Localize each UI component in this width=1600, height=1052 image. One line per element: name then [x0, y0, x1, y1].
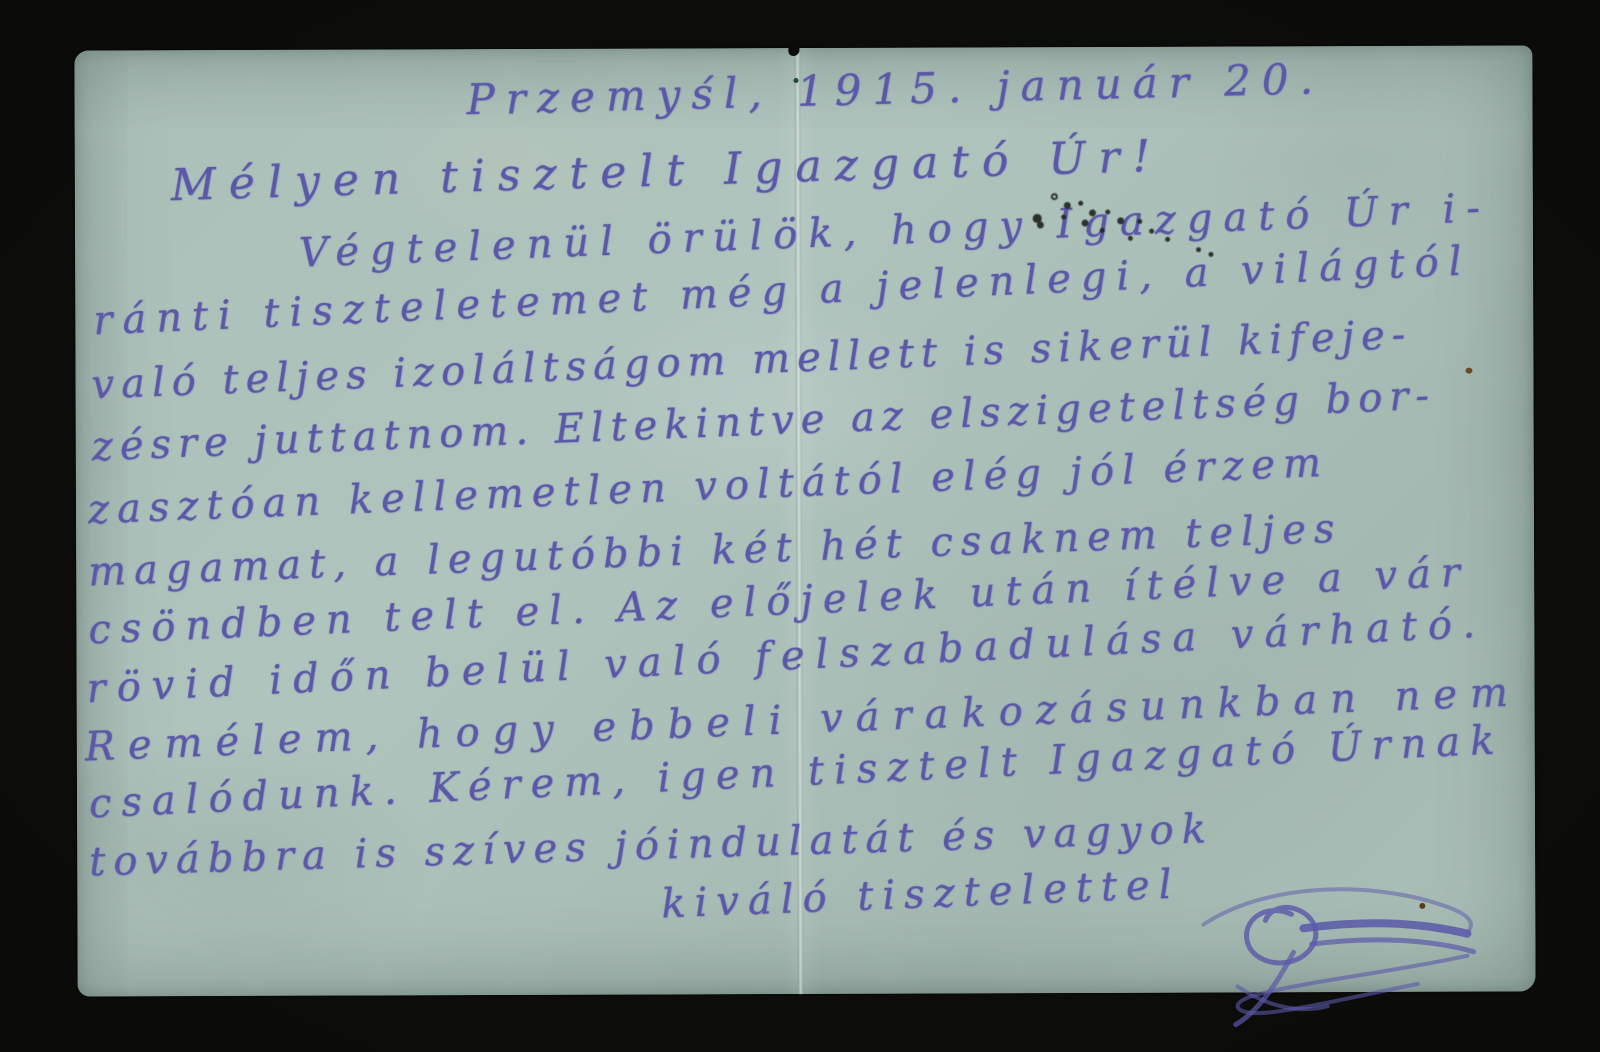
paper-speck: [1419, 903, 1425, 909]
postcard: Przemyśl, 1915. január 20. Mélyen tiszte…: [74, 45, 1535, 996]
ink-smudge-stamp: [1053, 195, 1056, 198]
dateline: Przemyśl, 1915. január 20.: [466, 54, 1325, 124]
closing-valediction: kiváló tisztelettel: [660, 862, 1181, 928]
salutation: Mélyen tisztelt Igazgató Úr!: [170, 131, 1164, 211]
signature-flourish: [1173, 862, 1514, 1038]
paper-speck: [1465, 368, 1472, 374]
photo-background: Przemyśl, 1915. január 20. Mélyen tiszte…: [0, 0, 1600, 1052]
paper-speck: [793, 78, 798, 83]
